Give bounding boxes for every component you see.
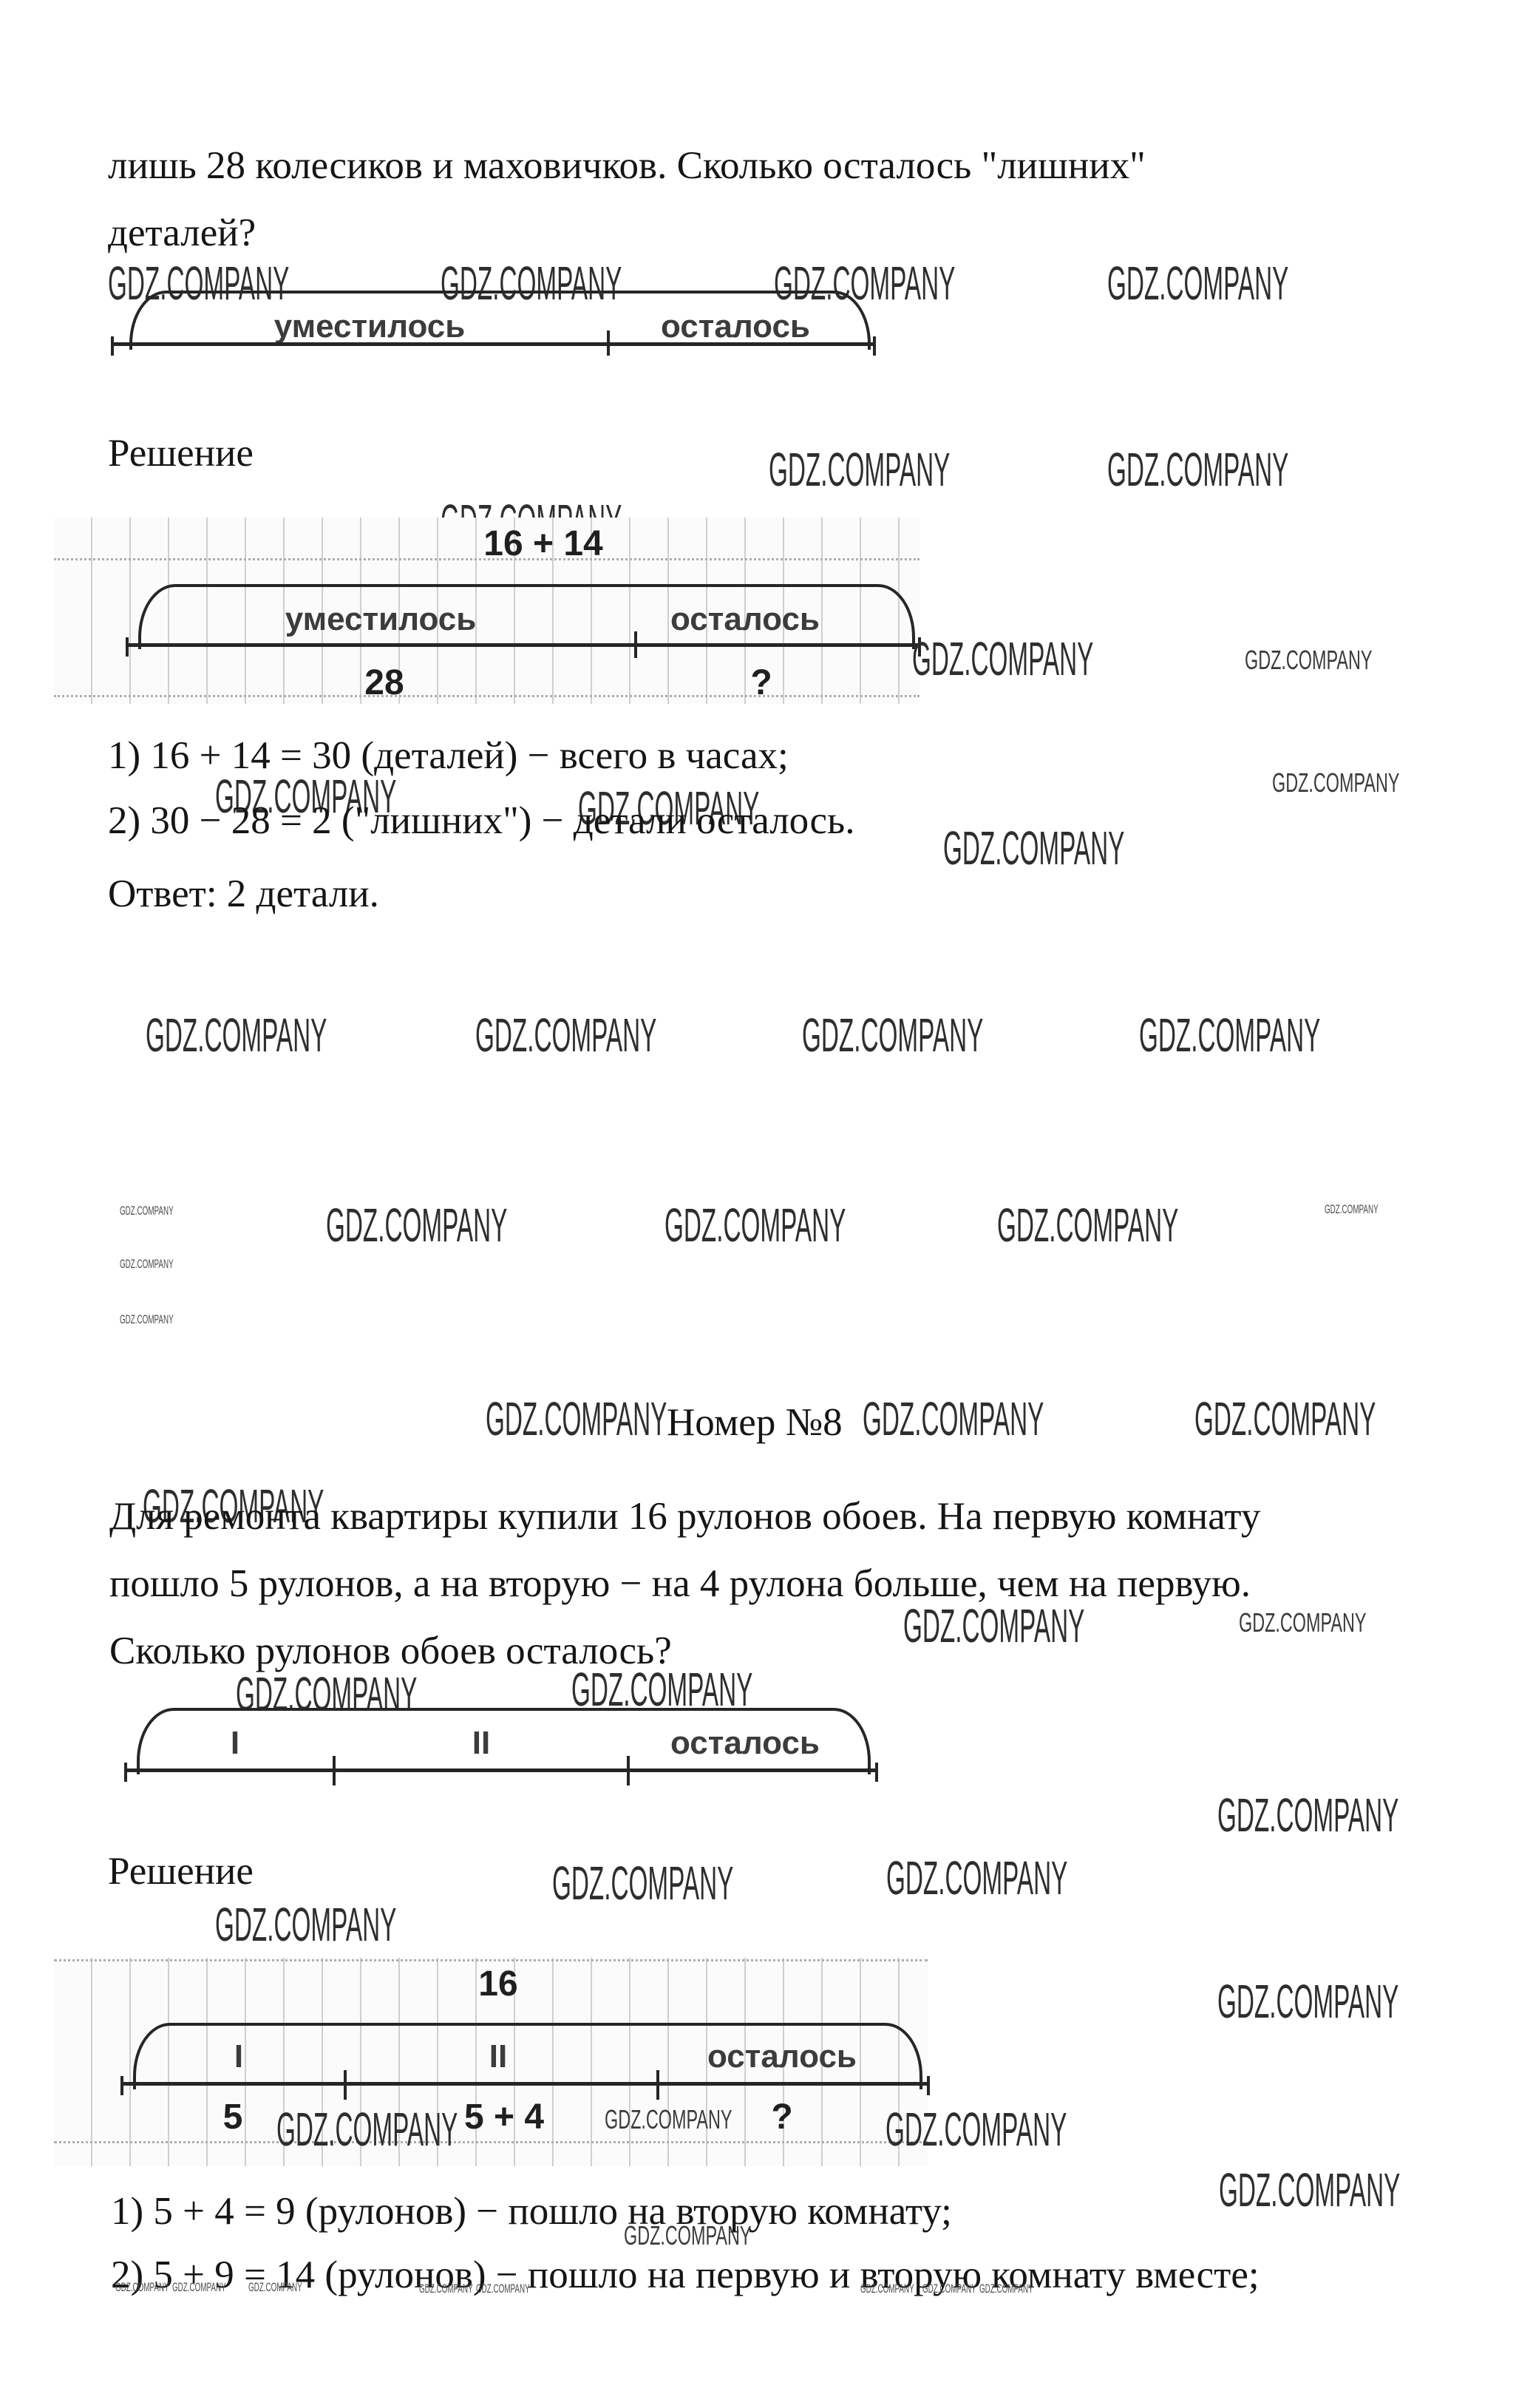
watermark: GDZ.COMPANY bbox=[863, 1391, 1044, 1446]
watermark: GDZ.COMPANY bbox=[120, 1204, 174, 1218]
problem7-answer: Ответ: 2 детали. bbox=[108, 874, 379, 915]
diagram2-total-expression: 16 + 14 bbox=[483, 526, 602, 562]
watermark: GDZ.COMPANY bbox=[1139, 1008, 1320, 1062]
diagram4-divider-tick bbox=[656, 2070, 659, 2100]
watermark: GDZ.COMPANY bbox=[1219, 2163, 1400, 2217]
diagram4-baseline bbox=[120, 2082, 930, 2086]
diagram3-label-seg1: I bbox=[231, 1727, 239, 1760]
problem7-step2: 2) 30 − 28 = 2 ("лишних") − детали остал… bbox=[108, 801, 854, 842]
diagram2-baseline bbox=[126, 643, 921, 647]
diagram4-label-seg1: I bbox=[234, 2041, 243, 2073]
solution-heading-2: Решение bbox=[108, 1851, 254, 1893]
diagram3-label-seg2: II bbox=[472, 1727, 490, 1760]
diagram1-label-right: осталось bbox=[661, 311, 810, 343]
watermark: GDZ.COMPANY bbox=[120, 1312, 174, 1327]
watermark: GDZ.COMPANY bbox=[1217, 1974, 1398, 2029]
diagram1-divider-tick bbox=[607, 330, 610, 356]
watermark: GDZ.COMPANY bbox=[248, 2280, 302, 2295]
problem7-step1: 1) 16 + 14 = 30 (деталей) − всего в часа… bbox=[108, 736, 789, 777]
diagram1-label-left: уместилось bbox=[274, 311, 466, 343]
diagram3-divider-tick bbox=[333, 1756, 336, 1785]
watermark: GDZ.COMPANY bbox=[1107, 442, 1288, 497]
diagram1-end-tick bbox=[873, 336, 876, 356]
document-page: лишь 28 колесиков и маховичков. Сколько … bbox=[0, 0, 1533, 2408]
watermark: GDZ.COMPANY bbox=[115, 2280, 169, 2295]
diagram2-divider-tick bbox=[634, 631, 637, 658]
diagram2-label-right: осталось bbox=[670, 603, 820, 636]
problem7-text-line2: деталей? bbox=[108, 213, 256, 254]
watermark: GDZ.COMPANY bbox=[146, 1008, 327, 1062]
diagram4-grid-line bbox=[54, 1959, 928, 1961]
watermark: GDZ.COMPANY bbox=[802, 1008, 983, 1062]
watermark: GDZ.COMPANY bbox=[979, 2282, 1033, 2296]
watermark: GDZ.COMPANY bbox=[326, 1198, 507, 1252]
diagram3-divider-tick bbox=[627, 1756, 630, 1785]
solution-heading-1: Решение bbox=[108, 433, 254, 475]
watermark: GDZ.COMPANY bbox=[1325, 1202, 1379, 1217]
watermark: GDZ.COMPANY bbox=[886, 2102, 1067, 2157]
watermark: GDZ.COMPANY bbox=[886, 1851, 1067, 1905]
diagram1-end-tick bbox=[111, 336, 114, 356]
diagram4-value-seg1: 5 bbox=[223, 2100, 243, 2135]
problem8-text-line1: Для ремонта квартиры купили 16 рулонов о… bbox=[109, 1496, 1260, 1538]
watermark: GDZ.COMPANY bbox=[276, 2102, 458, 2157]
problem8-step1: 1) 5 + 4 = 9 (рулонов) − пошло на вторую… bbox=[111, 2191, 952, 2233]
watermark: GDZ.COMPANY bbox=[903, 1598, 1084, 1653]
watermark: GDZ.COMPANY bbox=[1245, 645, 1372, 676]
diagram4-total: 16 bbox=[478, 1967, 517, 2002]
watermark: GDZ.COMPANY bbox=[769, 442, 950, 497]
watermark: GDZ.COMPANY bbox=[419, 2282, 473, 2296]
watermark: GDZ.COMPANY bbox=[1217, 1788, 1398, 1842]
diagram3-label-seg3: осталось bbox=[670, 1727, 820, 1760]
watermark: GDZ.COMPANY bbox=[486, 1391, 667, 1446]
watermark: GDZ.COMPANY bbox=[664, 1198, 846, 1252]
diagram2-value-right: ? bbox=[750, 665, 772, 701]
watermark: GDZ.COMPANY bbox=[1194, 1391, 1376, 1446]
diagram4-end-tick bbox=[927, 2076, 930, 2095]
watermark: GDZ.COMPANY bbox=[912, 631, 1093, 686]
diagram4-divider-tick bbox=[344, 2070, 347, 2100]
diagram2-grid-line bbox=[54, 695, 920, 697]
watermark: GDZ.COMPANY bbox=[1239, 1607, 1366, 1638]
watermark: GDZ.COMPANY bbox=[215, 1897, 396, 1952]
watermark: GDZ.COMPANY bbox=[860, 2282, 914, 2296]
diagram4-value-seg2: 5 + 4 bbox=[464, 2100, 544, 2135]
watermark: GDZ.COMPANY bbox=[1107, 256, 1288, 311]
watermark: GDZ.COMPANY bbox=[605, 2104, 732, 2135]
diagram2-value-left: 28 bbox=[364, 665, 404, 701]
diagram3-end-tick bbox=[875, 1763, 878, 1782]
watermark: GDZ.COMPANY bbox=[943, 821, 1124, 875]
diagram4-label-seg2: II bbox=[489, 2041, 507, 2073]
watermark: GDZ.COMPANY bbox=[997, 1198, 1178, 1252]
watermark: GDZ.COMPANY bbox=[475, 1008, 656, 1062]
problem7-text-line1: лишь 28 колесиков и маховичков. Сколько … bbox=[108, 146, 1146, 187]
diagram1-baseline bbox=[111, 342, 876, 346]
watermark: GDZ.COMPANY bbox=[172, 2280, 226, 2295]
watermark: GDZ.COMPANY bbox=[552, 1856, 733, 1910]
watermark: GDZ.COMPANY bbox=[624, 2220, 751, 2251]
diagram4-end-tick bbox=[120, 2076, 123, 2095]
watermark: GDZ.COMPANY bbox=[120, 1257, 174, 1272]
watermark: GDZ.COMPANY bbox=[1272, 767, 1399, 798]
diagram3-baseline bbox=[124, 1768, 878, 1772]
problem8-heading: Номер №8 bbox=[667, 1403, 843, 1444]
diagram4-value-seg3: ? bbox=[771, 2100, 792, 2135]
diagram3-end-tick bbox=[124, 1763, 127, 1782]
watermark: GDZ.COMPANY bbox=[476, 2282, 530, 2296]
diagram2-label-left: уместилось bbox=[285, 603, 477, 636]
diagram4-grid-line bbox=[54, 2141, 928, 2143]
watermark: GDZ.COMPANY bbox=[922, 2282, 976, 2296]
diagram4-label-seg3: осталось bbox=[707, 2041, 857, 2073]
diagram2-end-tick bbox=[126, 637, 129, 657]
